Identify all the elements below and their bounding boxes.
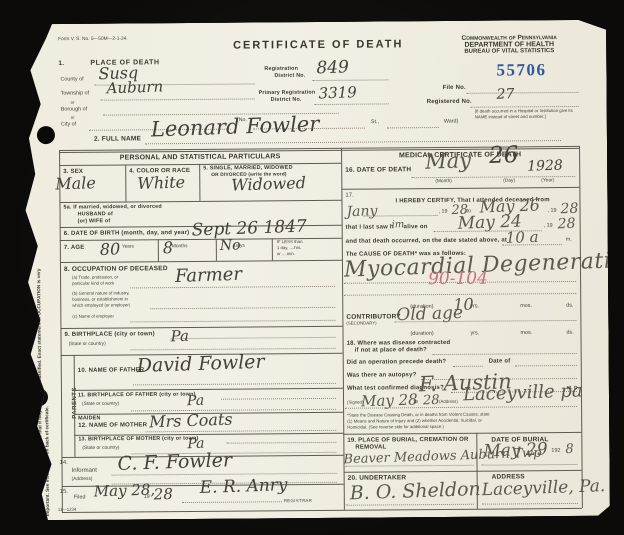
- primary-registration-value: 3319: [318, 83, 357, 102]
- filed-year-value: 28: [153, 485, 173, 504]
- last-saw-pre: that I last saw h: [346, 224, 394, 230]
- rule: [341, 187, 579, 190]
- certificate-paper: N. B.—Every item of information should b…: [18, 20, 610, 521]
- father-birthplace-label: 11. BIRTHPLACE OF FATHER (city or town): [78, 392, 196, 398]
- form-footer-code: 11—1234: [58, 508, 76, 512]
- footnote-line1: *State the Disease Causing Death, or in …: [347, 413, 489, 418]
- registration-district-value: 849: [316, 57, 349, 78]
- dob-value: Sept 26 1847: [191, 217, 307, 241]
- registrar-signature: E. R. Anry: [199, 475, 287, 498]
- yrs2-label: yrs.: [470, 331, 479, 336]
- burial-date-value: May 29: [483, 439, 548, 461]
- husband-wife-label1: 5a. If married, widowed, or divorced: [63, 204, 161, 210]
- rule: [60, 260, 342, 263]
- date-of-death-month: May: [425, 148, 472, 174]
- last-saw-post: alive on: [404, 224, 428, 230]
- years-label: Years: [122, 244, 134, 249]
- attended-to-year: 28: [560, 201, 578, 218]
- dotted-rule: [345, 405, 577, 409]
- mother-name-label: 12. NAME OF MOTHER: [78, 422, 147, 429]
- rule: [74, 433, 343, 436]
- md-label: M. D.: [567, 386, 579, 391]
- registered-no-value: 27: [496, 86, 514, 103]
- days-label: Days: [234, 244, 245, 249]
- rule: [60, 326, 342, 329]
- filed-year-printed: 19: [144, 494, 150, 499]
- color-race-value: White: [137, 172, 185, 193]
- day-sub-label: (Day): [503, 178, 515, 183]
- birthplace-sub-label: (State or country): [69, 342, 106, 347]
- burial-printed-192: 192: [551, 448, 560, 453]
- filed-label: Filed: [74, 495, 86, 500]
- dotted-rule: [221, 397, 336, 400]
- county-label: County of: [60, 77, 83, 83]
- father-name-value: David Fowler: [136, 351, 265, 377]
- registrar-label: REGISTRAR: [284, 499, 312, 504]
- duration2-label: (duration): [410, 331, 433, 337]
- or-label: or: [71, 116, 75, 120]
- dotted-rule: [182, 500, 282, 503]
- dotted-rule: [453, 365, 483, 367]
- occupation-b-label2: business, or establishment in: [72, 297, 128, 302]
- if-less-label2: 1 day, ....hrs.: [277, 246, 302, 251]
- agency-block: Commonwealth of Pennsylvania DEPARTMENT …: [420, 34, 598, 55]
- signed-address-value: Laceyville pa: [463, 380, 583, 405]
- informant-label: Informant: [72, 468, 97, 474]
- filed-num: 15.: [60, 489, 68, 495]
- or-label: or: [71, 101, 75, 105]
- dotted-rule: [467, 91, 579, 94]
- rule: [343, 432, 581, 435]
- certify-num: 17.: [345, 193, 353, 199]
- month-sub-label: (Month): [435, 179, 452, 184]
- personal-section-header: PERSONAL AND STATISTICAL PARTICULARS: [59, 153, 341, 162]
- informant-address-label: (Address): [72, 477, 93, 482]
- dotted-rule: [471, 105, 579, 108]
- registration-district-label2: District No.: [274, 73, 305, 79]
- sex-value: Male: [55, 173, 96, 193]
- city-label: City of: [61, 122, 76, 128]
- husband-wife-label2: HUSBAND of: [78, 212, 113, 218]
- footnote-line3: Homicidal. (See reverse side for additio…: [347, 425, 444, 430]
- occupation-label: 8. OCCUPATION OF DECEASED: [64, 265, 168, 273]
- mother-name-value: Mrs Coats: [149, 410, 233, 432]
- dotted-rule: [482, 463, 578, 466]
- printed-19b: , 19: [548, 208, 557, 213]
- signed-address-label: (Address): [439, 400, 458, 404]
- photo-background: N. B.—Every item of information should b…: [0, 0, 624, 535]
- file-number-stamp: 55706: [496, 60, 546, 80]
- attended-from-value: Jany: [346, 203, 377, 220]
- autopsy-label: Was there an autopsy?: [347, 372, 417, 379]
- months-label: Months: [172, 244, 188, 249]
- mother-maiden-label: MAIDEN: [78, 416, 100, 422]
- death-time-m-label: m.: [566, 237, 572, 242]
- full-name-value: Leonard Fowler: [151, 112, 320, 142]
- undertaker-address-value: Laceyville, Pa.: [481, 476, 605, 500]
- last-saw-him: im: [391, 219, 404, 230]
- mos2-label: mos.: [520, 330, 532, 335]
- q18-label1: 18. Where was disease contracted: [347, 340, 451, 347]
- hole-punch: [37, 126, 55, 144]
- dotted-rule: [131, 347, 336, 351]
- dotted-rule: [482, 502, 578, 505]
- rule: [59, 200, 341, 203]
- rule: [125, 164, 126, 201]
- signed-19: 19: [413, 400, 418, 404]
- township-label: Township of: [61, 91, 90, 97]
- date-of-death-year: 1928: [527, 158, 563, 175]
- certificate-title: CERTIFICATE OF DEATH: [193, 38, 443, 52]
- agency-line3: BUREAU OF VITAL STATISTICS: [420, 48, 598, 55]
- occupation-value: Farmer: [175, 264, 243, 287]
- ds2-label: ds.: [566, 330, 573, 335]
- cause-code-red: 90-104: [428, 269, 488, 289]
- dotted-rule: [101, 97, 255, 100]
- file-no-label: File No.: [443, 85, 466, 91]
- dotted-rule: [145, 429, 336, 433]
- township-value: Auburn: [106, 77, 163, 97]
- street-label: St.,: [371, 119, 379, 124]
- printed-19c: , 19: [544, 223, 553, 228]
- rule: [199, 164, 200, 201]
- informant-num: 14.: [59, 460, 67, 466]
- occupation-c-label: (c) Name of employer: [72, 315, 114, 320]
- father-name-label: 10. NAME OF FATHER: [78, 367, 145, 374]
- rule: [74, 388, 343, 391]
- burial-year-digit: 8: [565, 442, 574, 457]
- dotted-rule: [387, 126, 439, 128]
- dotted-rule: [226, 441, 336, 444]
- primary-registration-label1: Primary Registration: [259, 90, 316, 96]
- ward-label: Ward): [444, 119, 459, 125]
- marital-label1: 5. SINGLE, MARRIED, WIDOWED: [203, 165, 293, 171]
- primary-registration-label2: District No.: [271, 97, 302, 103]
- dotted-rule: [312, 78, 388, 81]
- husband-wife-label3: (or) WIFE of: [78, 219, 111, 225]
- hole-punch: [30, 388, 48, 406]
- dotted-rule: [433, 352, 577, 355]
- rule: [62, 508, 582, 513]
- footnote-line2: (1) Means and Nature of Injury and (2) w…: [347, 419, 482, 424]
- age-label: 7. AGE: [64, 245, 85, 251]
- q18-label2: if not at place of death?: [355, 347, 427, 354]
- place-of-death-num: 1.: [58, 60, 64, 67]
- dob-label: 6. DATE OF BIRTH (month, day, and year): [64, 230, 190, 237]
- contributory-sub-label: (SECONDARY): [346, 322, 376, 327]
- rule: [272, 238, 273, 260]
- mos-label: mos.: [520, 303, 532, 308]
- dotted-rule: [130, 319, 335, 323]
- father-birthplace-value: Pa: [187, 393, 205, 410]
- borough-label: Borough of: [61, 107, 87, 113]
- margin-instructions: N. B.—Every item of information should b…: [21, 48, 53, 516]
- burial-place-label1: 19. PLACE OF BURIAL, CREMATION OR: [347, 437, 468, 444]
- if-less-label3: or ....min.: [277, 252, 295, 256]
- registered-no-label: Registered No.: [427, 99, 472, 105]
- rule: [158, 239, 159, 261]
- birthplace-label: 9. BIRTHPLACE (city or town): [64, 331, 154, 338]
- dotted-rule: [315, 102, 389, 105]
- contributory-label: CONTRIBUTORY: [346, 313, 400, 320]
- marital-value: Widowed: [231, 173, 306, 195]
- dotted-rule: [130, 285, 335, 289]
- hospital-note: [If death occurred in a Hospital or Inst…: [475, 109, 577, 121]
- occupation-b-label1: (b) General nature of industry,: [72, 291, 129, 296]
- mother-birthplace-label: 13. BIRTHPLACE OF MOTHER (city or town): [78, 436, 198, 442]
- dotted-rule: [171, 336, 336, 339]
- death-occurred-text: and that death occurred, on the date sta…: [346, 237, 507, 244]
- printed-19a: , 19: [439, 209, 448, 214]
- dotted-rule: [346, 464, 474, 467]
- age-years-value: 80: [100, 239, 121, 259]
- dotted-rule: [394, 319, 576, 322]
- rule: [216, 239, 217, 261]
- mother-birthplace-sub: (State or country): [82, 446, 119, 451]
- occupation-b-label3: which employed (or employer): [72, 303, 130, 308]
- yrs-label: yrs.: [470, 304, 479, 309]
- dotted-rule: [346, 503, 474, 506]
- burial-place-label2: REMOVAL: [355, 444, 386, 450]
- registration-district-label1: Registration: [264, 66, 298, 72]
- if-less-label1: IF LESS than: [277, 240, 303, 245]
- dotted-rule: [515, 364, 577, 366]
- last-saw-year: 28: [557, 216, 575, 233]
- father-birthplace-sub: (State or country): [82, 402, 119, 407]
- informant-value: C. F. Fowler: [117, 449, 232, 475]
- operation-label: Did an operation precede death?: [347, 359, 447, 366]
- rule: [579, 146, 583, 508]
- birthplace-value: Pa: [170, 327, 189, 346]
- undertaker-value: B. O. Sheldon: [349, 478, 481, 504]
- dotted-rule: [364, 214, 438, 217]
- rule: [344, 470, 582, 473]
- dotted-rule: [502, 243, 562, 245]
- date-of-death-day: 26: [489, 142, 519, 169]
- dotted-rule: [133, 382, 336, 386]
- occupation-a-label2: particular kind of work: [72, 282, 114, 287]
- dotted-rule: [131, 408, 336, 412]
- dotted-rule: [150, 306, 335, 309]
- margin-instruction-line: important. See instructions on back of c…: [43, 151, 51, 516]
- occupation-a-label1: (a) Trade, profession, or: [72, 276, 118, 281]
- year-sub-label: (Year): [541, 178, 554, 183]
- operation-date-label: Date of: [489, 358, 511, 364]
- ds-label: ds.: [566, 303, 573, 308]
- dotted-rule: [112, 472, 337, 476]
- full-name-label: 2. FULL NAME: [94, 135, 141, 142]
- form-number: Form V. S. No. 5—50M—2-1-24.: [58, 36, 127, 41]
- date-of-death-label: 16. DATE OF DEATH: [345, 166, 411, 174]
